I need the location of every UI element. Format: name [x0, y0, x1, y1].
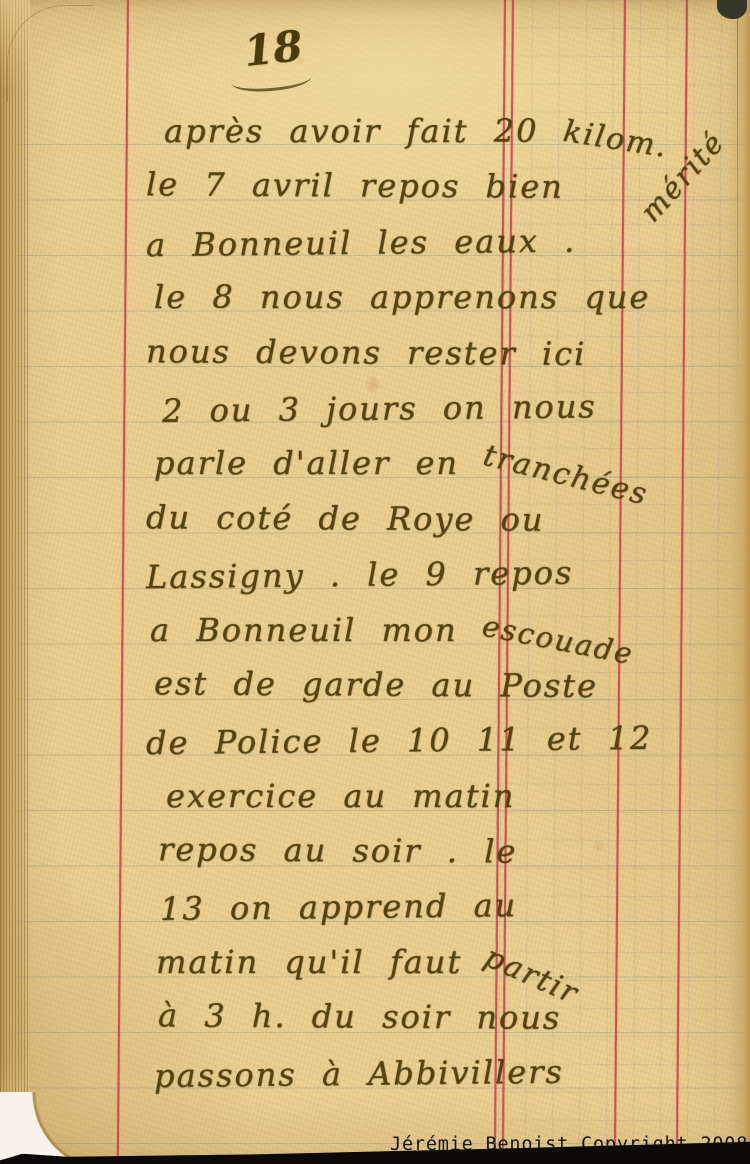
- binding-edge: [0, 0, 30, 1164]
- handwriting-line: du coté de Roye ou: [146, 490, 732, 549]
- page-number: 18: [242, 21, 305, 76]
- handwriting-line: Lassigny . le 9 repos: [146, 544, 733, 606]
- handwriting-line: à 3 h. du soir nous: [146, 988, 732, 1047]
- handwriting-line: a Bonneuil les eaux .: [146, 212, 733, 274]
- handwriting-line: le 8 nous apprenons que: [146, 270, 732, 325]
- handwriting-line: 13 on apprend au: [146, 876, 733, 938]
- handwriting-line: a Bonneuil mon escouade: [146, 603, 732, 658]
- handwriting-line: 2 ou 3 jours on nous: [146, 378, 733, 440]
- handwriting-line: parle d'aller en tranchées: [146, 436, 732, 491]
- handwriting-line: passons à Abbivillers: [146, 1043, 733, 1105]
- handwriting-line: après avoir fait 20 kilom.: [146, 104, 732, 159]
- handwriting-line: exercice au matin: [146, 769, 732, 824]
- diary-page-scan: 18 après avoir fait 20 kilom. le 7 avril…: [0, 0, 750, 1164]
- handwriting-line: matin qu'il faut partir: [146, 935, 732, 990]
- handwriting-line: nous devons rester ici: [146, 324, 732, 383]
- bottom-left-rounded-corner: [0, 1092, 112, 1164]
- page-curl-crease: [737, 0, 739, 420]
- handwritten-text: après avoir fait 20 kilom. le 7 avril re…: [146, 104, 732, 1101]
- handwriting-line: repos au soir . le: [146, 822, 732, 881]
- handwriting-line: de Police le 10 11 et 12: [146, 710, 733, 772]
- handwriting-line: est de garde au Poste: [146, 656, 732, 715]
